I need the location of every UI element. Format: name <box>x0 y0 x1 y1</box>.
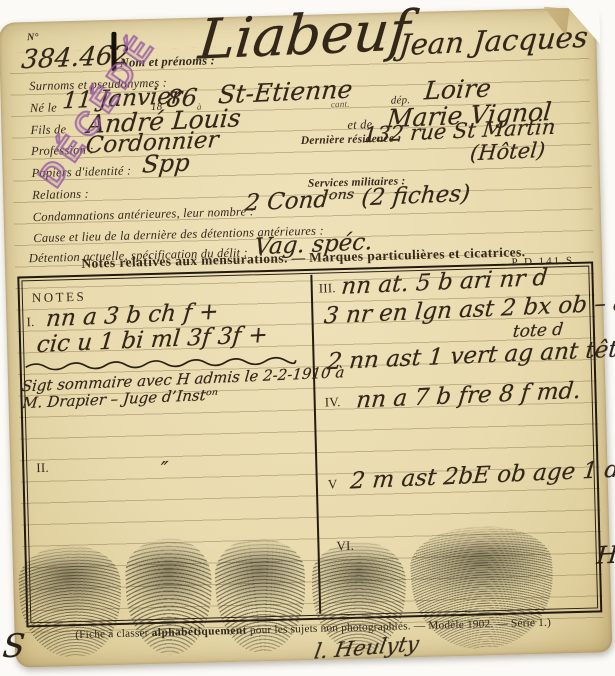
left-margin-letter: S <box>1 626 27 665</box>
number-label: N° <box>27 32 39 43</box>
canton-label: cant. <box>331 99 350 109</box>
residence-value2: (Hôtel) <box>469 138 546 165</box>
identification-card: DÉCÉDÉ N° 384.462 Nom et prénoms : Liabe… <box>0 7 612 667</box>
name-surname: Liabeuf <box>196 0 413 72</box>
section-5-label: V <box>328 476 338 492</box>
scanned-document: DÉCÉDÉ N° 384.462 Nom et prénoms : Liabe… <box>0 0 615 676</box>
section-3-label: III. <box>319 280 336 296</box>
section-1-label: I. <box>26 314 34 330</box>
born-label: Né le <box>30 100 57 116</box>
notes-column-header: NOTES <box>32 289 87 306</box>
section-4-label: IV. <box>324 394 340 410</box>
section-2-label: II. <box>36 460 49 476</box>
papers-value: Spp <box>141 149 191 179</box>
right-margin-letter: H <box>595 541 615 570</box>
